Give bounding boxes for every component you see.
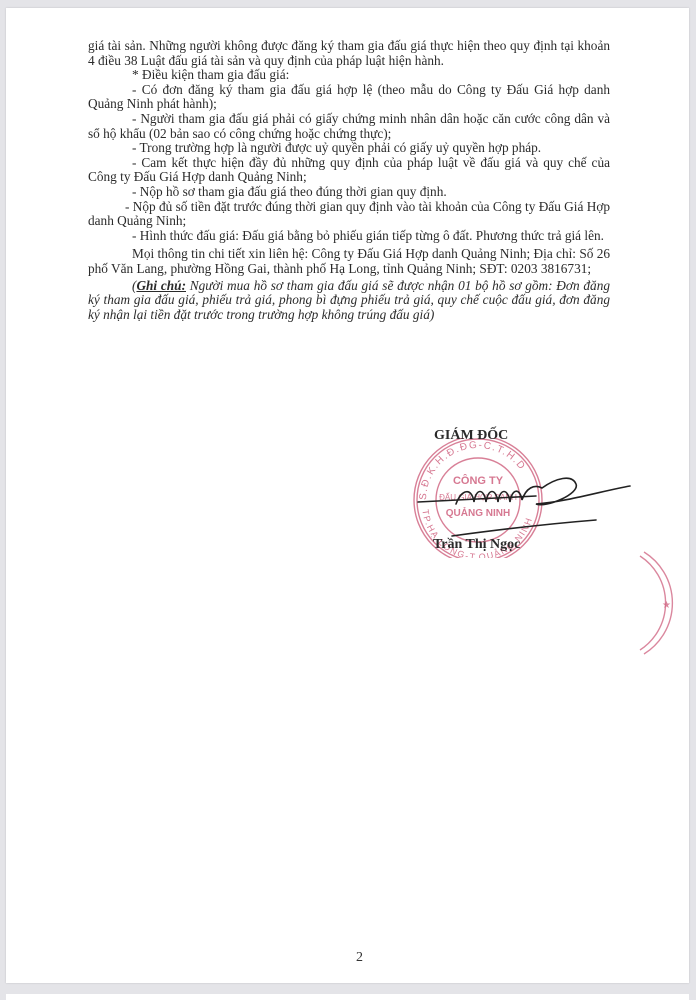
paragraph: Mọi thông tin chi tiết xin liên hệ: Công…: [88, 247, 610, 276]
paragraph: - Hình thức đấu giá: Đấu giá bằng bỏ phi…: [88, 229, 610, 244]
paragraph: - Cam kết thực hiện đầy đủ những quy địn…: [88, 156, 610, 185]
signatory-title: GIÁM ĐỐC: [434, 428, 508, 444]
paragraph: giá tài sản. Những người không được đăng…: [88, 39, 610, 68]
paragraph: * Điều kiện tham gia đấu giá:: [88, 68, 610, 83]
handwritten-signature: [416, 458, 636, 538]
paragraph: - Nộp hồ sơ tham gia đấu giá theo đúng t…: [88, 185, 610, 200]
paragraph: - Người tham gia đấu giá phải có giấy ch…: [88, 112, 610, 141]
note-paragraph: (Ghi chú: Người mua hồ sơ tham gia đấu g…: [88, 279, 610, 323]
seal-stamp-partial: ★: [636, 548, 686, 658]
paragraph: - Nộp đủ số tiền đặt trước đúng thời gia…: [88, 200, 610, 229]
next-page-edge: [6, 994, 689, 1000]
paragraph: - Có đơn đăng ký tham gia đấu giá hợp lệ…: [88, 83, 610, 112]
page-number: 2: [356, 950, 363, 966]
document-page: giá tài sản. Những người không được đăng…: [6, 8, 689, 983]
svg-text:★: ★: [662, 600, 671, 611]
document-body: giá tài sản. Những người không được đăng…: [88, 39, 610, 322]
note-label: Ghi chú:: [136, 278, 186, 293]
signatory-name: Trần Thị Ngọc: [433, 537, 520, 553]
paragraph: - Trong trường hợp là người được uỷ quyề…: [88, 141, 610, 156]
